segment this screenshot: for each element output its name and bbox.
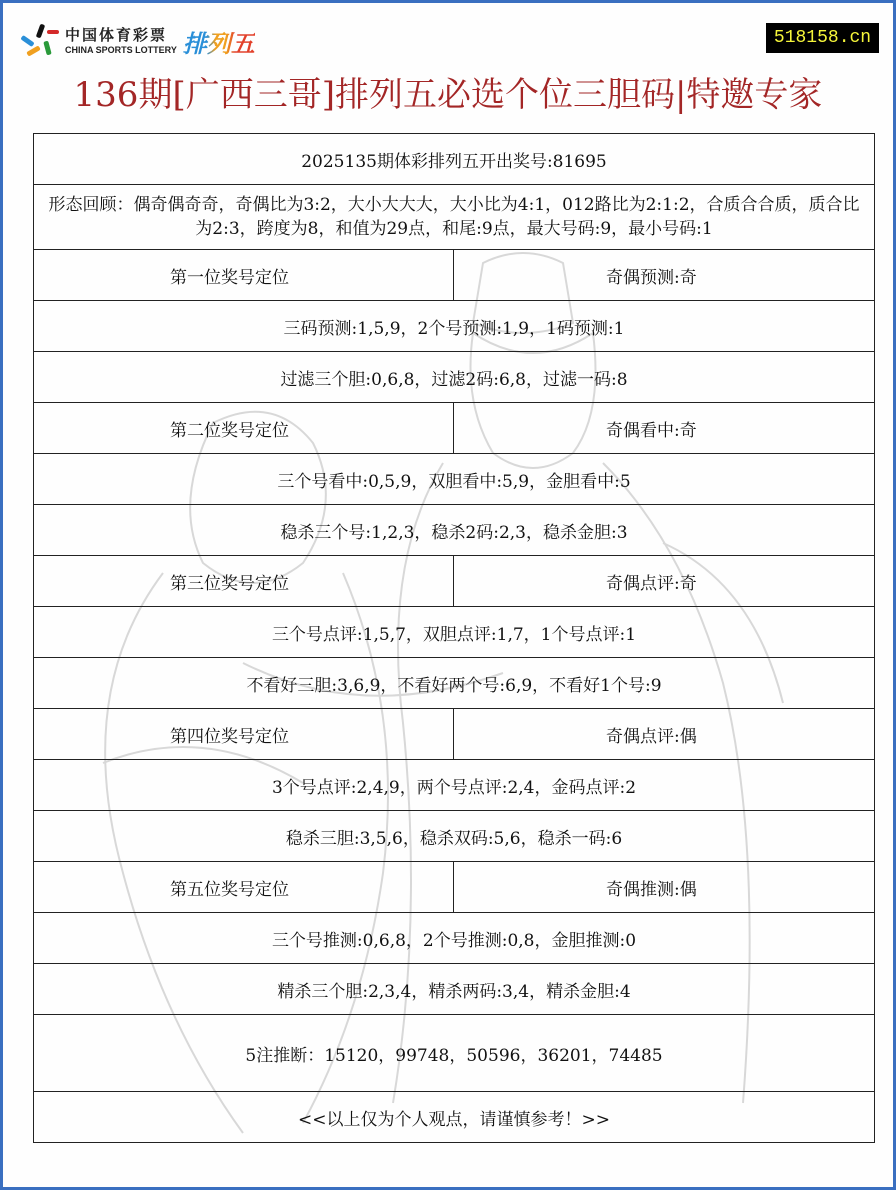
position-3-title: 第三位奖号定位	[34, 556, 454, 607]
logo-name-en: CHINA SPORTS LOTTERY	[65, 46, 177, 55]
logo-name-cn: 中国体育彩票	[65, 28, 177, 43]
page-title: 136期[广西三哥]排列五必选个位三胆码|特邀专家	[3, 67, 893, 116]
position-4-line-2: 稳杀三胆:3,5,6，稳杀双码:5,6，稳杀一码:6	[34, 811, 875, 862]
position-1-line-2: 过滤三个胆:0,6,8，过滤2码:6,8，过滤一码:8	[34, 352, 875, 403]
draw-result: 2025135期体彩排列五开出奖号:81695	[34, 134, 875, 185]
position-1-parity: 奇偶预测:奇	[454, 250, 875, 301]
lottery-star-icon	[21, 22, 59, 60]
position-3-line-1: 三个号点评:1,5,7，双胆点评:1,7，1个号点评:1	[34, 607, 875, 658]
position-4-parity: 奇偶点评:偶	[454, 709, 875, 760]
page-frame: 中国体育彩票 CHINA SPORTS LOTTERY 排列五 518158.c…	[0, 0, 896, 1190]
position-2-parity: 奇偶看中:奇	[454, 403, 875, 454]
five-bets-prediction: 5注推断：15120，99748，50596，36201，74485	[34, 1015, 875, 1092]
position-1-line-1: 三码预测:1,5,9，2个号预测:1,9，1码预测:1	[34, 301, 875, 352]
logo-game-name: 排列五	[183, 24, 255, 59]
pattern-review: 形态回顾：偶奇偶奇奇，奇偶比为3:2，大小大大大，大小比为4:1，012路比为2…	[34, 185, 875, 250]
lottery-logo: 中国体育彩票 CHINA SPORTS LOTTERY 排列五	[21, 21, 255, 61]
position-2-line-1: 三个号看中:0,5,9，双胆看中:5,9，金胆看中:5	[34, 454, 875, 505]
position-2-title: 第二位奖号定位	[34, 403, 454, 454]
position-2-line-2: 稳杀三个号:1,2,3，稳杀2码:2,3，稳杀金胆:3	[34, 505, 875, 556]
position-3-parity: 奇偶点评:奇	[454, 556, 875, 607]
position-4-line-1: 3个号点评:2,4,9，两个号点评:2,4，金码点评:2	[34, 760, 875, 811]
position-3-line-2: 不看好三胆:3,6,9，不看好两个号:6,9，不看好1个号:9	[34, 658, 875, 709]
position-5-line-1: 三个号推测:0,6,8，2个号推测:0,8，金胆推测:0	[34, 913, 875, 964]
disclaimer: <<以上仅为个人观点，请谨慎参考！>>	[34, 1092, 875, 1143]
prediction-table: 2025135期体彩排列五开出奖号:81695 形态回顾：偶奇偶奇奇，奇偶比为3…	[33, 133, 875, 1143]
position-4-title: 第四位奖号定位	[34, 709, 454, 760]
position-5-title: 第五位奖号定位	[34, 862, 454, 913]
position-5-parity: 奇偶推测:偶	[454, 862, 875, 913]
position-1-title: 第一位奖号定位	[34, 250, 454, 301]
site-badge[interactable]: 518158.cn	[766, 23, 879, 53]
position-5-line-2: 精杀三个胆:2,3,4，精杀两码:3,4，精杀金胆:4	[34, 964, 875, 1015]
